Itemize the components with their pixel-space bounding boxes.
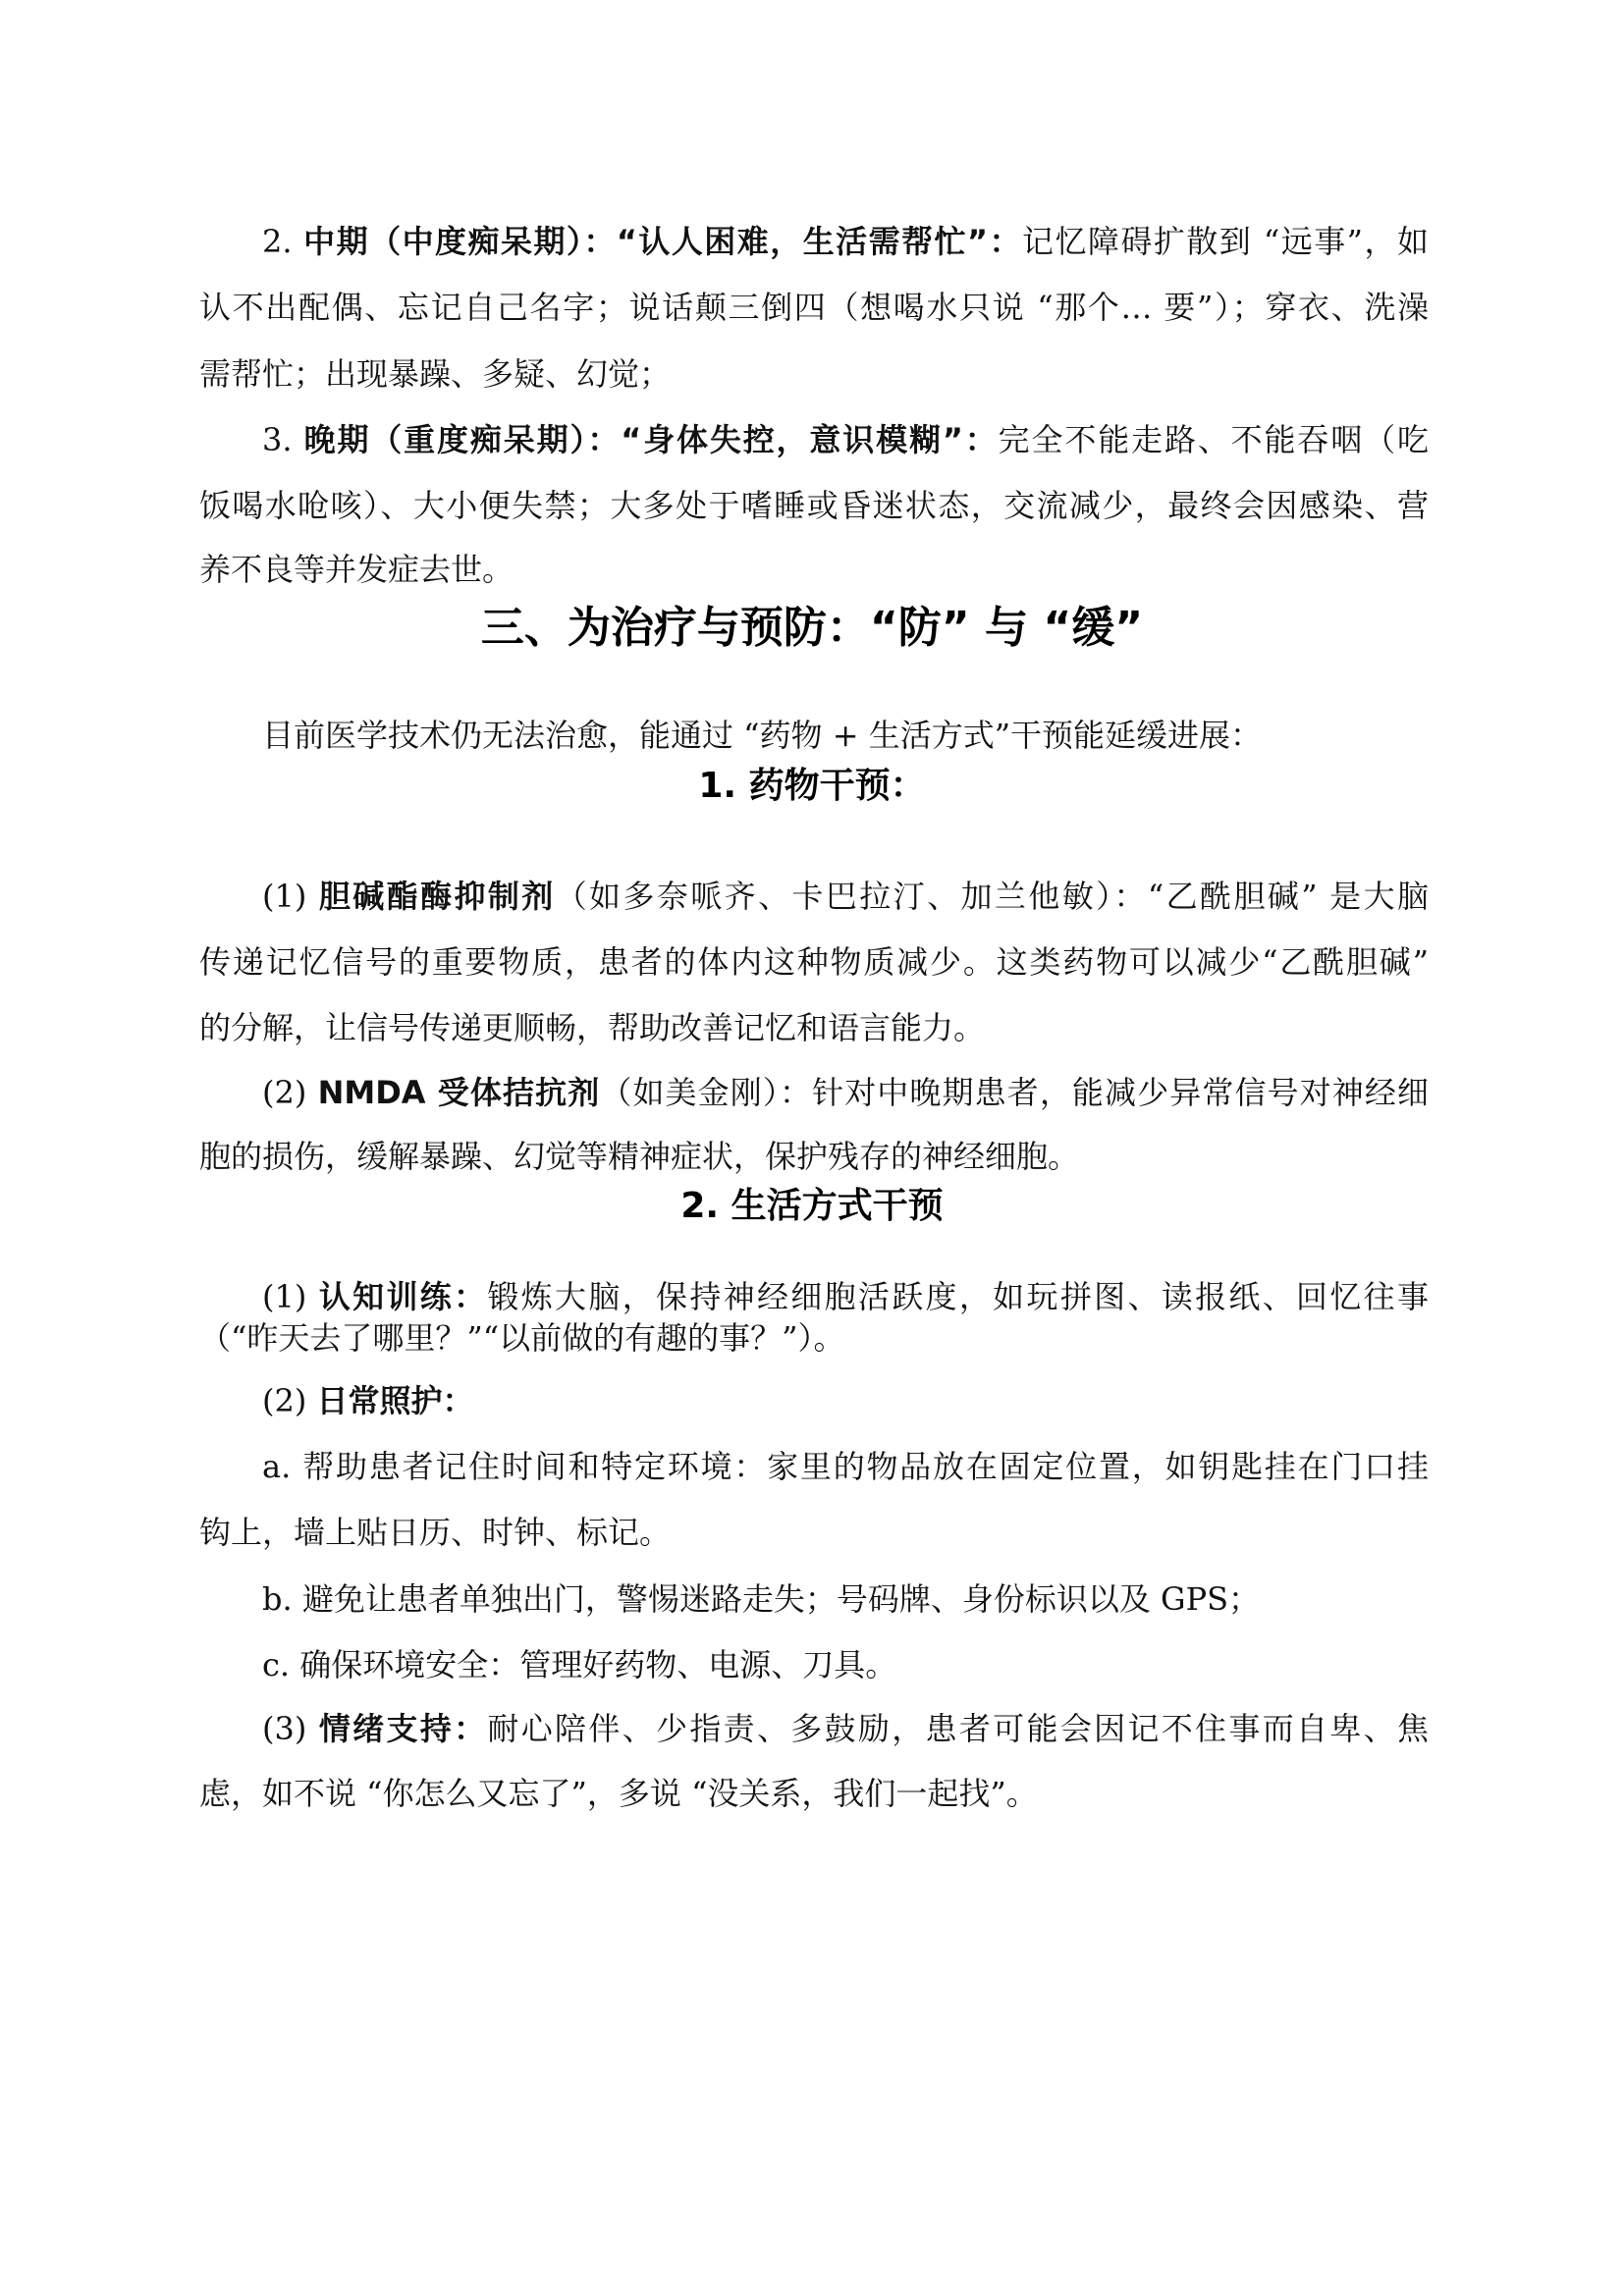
lifestyle-intervention-heading: 2. 生活方式干预 (0, 1184, 1624, 1229)
lifestyle-item1-line2: （“昨天去了哪里？”“以前做的有趣的事？”）。 (199, 1318, 1429, 1358)
lifestyle-item2-title: 日常照护： (317, 1382, 474, 1419)
stage2-text: 记忆障碍扩散到 “远事”，如 (1022, 223, 1429, 260)
drug-item1-line3: 的分解，让信号传递更顺畅，帮助改善记忆和语言能力。 (199, 1008, 1429, 1047)
lifestyle-item1-line1: (1) 认知训练：锻炼大脑，保持神经细胞活跃度，如玩拼图、读报纸、回忆往事 (262, 1277, 1429, 1316)
stage2-line2: 认不出配偶、忘记自己名字；说话颠三倒四（想喝水只说 “那个… 要”）；穿衣、洗澡 (199, 288, 1429, 327)
stage2-line3: 需帮忙；出现暴躁、多疑、幻觉； (199, 354, 1429, 394)
drug-intervention-heading: 1. 药物干预： (0, 764, 1624, 809)
drug-item2-line2: 胞的损伤，缓解暴躁、幻觉等精神症状，保护残存的神经细胞。 (199, 1137, 1429, 1176)
lifestyle-item3-number: (3) (262, 1710, 319, 1747)
stage3-line1: 3. 晚期（重度痴呆期）：“身体失控，意识模糊”：完全不能走路、不能吞咽（吃 (262, 420, 1429, 459)
drug-item2-title: NMDA 受体拮抗剂 (318, 1074, 601, 1111)
stage2-number: 2. (262, 223, 303, 260)
stage2-title: 中期（中度痴呆期）：“认人困难，生活需帮忙”： (303, 223, 1022, 260)
stage3-line3: 养不良等并发症去世。 (199, 550, 1429, 589)
lifestyle-item2-heading: (2) 日常照护： (262, 1381, 1429, 1420)
lifestyle-item2-number: (2) (262, 1382, 317, 1419)
drug-item1-title: 胆碱酯酶抑制剂 (319, 878, 556, 915)
lifestyle-item3-text: 耐心陪伴、少指责、多鼓励，患者可能会因记不住事而自卑、焦 (487, 1710, 1429, 1747)
drug-item2-number: (2) (262, 1074, 318, 1111)
lifestyle-item1-title: 认知训练： (319, 1278, 488, 1315)
stage3-line2: 饭喝水呛咳）、大小便失禁；大多处于嗜睡或昏迷状态，交流减少，最终会因感染、营 (199, 486, 1429, 525)
lifestyle-item1-text: 锻炼大脑，保持神经细胞活跃度，如玩拼图、读报纸、回忆往事 (487, 1278, 1429, 1315)
document-page: 2. 中期（中度痴呆期）：“认人困难，生活需帮忙”：记忆障碍扩散到 “远事”，如… (0, 0, 1624, 2296)
drug-item1-number: (1) (262, 878, 319, 915)
lifestyle-item3-title: 情绪支持： (319, 1710, 488, 1747)
drug-item2-text: （如美金刚）：针对中晚期患者，能减少异常信号对神经细 (600, 1074, 1429, 1111)
lifestyle-item1-number: (1) (262, 1278, 319, 1315)
drug-item1-line1: (1) 胆碱酯酶抑制剂（如多奈哌齐、卡巴拉汀、加兰他敏）：“乙酰胆碱” 是大脑 (262, 877, 1429, 916)
care-item-a-line2: 钩上，墙上贴日历、时钟、标记。 (199, 1513, 1429, 1552)
stage2-line1: 2. 中期（中度痴呆期）：“认人困难，生活需帮忙”：记忆障碍扩散到 “远事”，如 (262, 222, 1429, 261)
lifestyle-item3-line1: (3) 情绪支持：耐心陪伴、少指责、多鼓励，患者可能会因记不住事而自卑、焦 (262, 1709, 1429, 1748)
stage3-number: 3. (262, 421, 304, 458)
section-heading: 三、为治疗与预防：“防” 与 “缓” (0, 601, 1624, 656)
care-item-c: c. 确保环境安全：管理好药物、电源、刀具。 (262, 1645, 1429, 1684)
drug-item1-text: （如多奈哌齐、卡巴拉汀、加兰他敏）：“乙酰胆碱” 是大脑 (556, 878, 1429, 915)
care-item-a-line1: a. 帮助患者记住时间和特定环境：家里的物品放在固定位置，如钥匙挂在门口挂 (262, 1447, 1429, 1486)
care-item-b: b. 避免让患者单独出门，警惕迷路走失；号码牌、身份标识以及 GPS； (262, 1579, 1429, 1619)
drug-item1-line2: 传递记忆信号的重要物质，患者的体内这种物质减少。这类药物可以减少“乙酰胆碱” (199, 942, 1429, 982)
lifestyle-item3-line2: 虑，如不说 “你怎么又忘了”，多说 “没关系，我们一起找”。 (199, 1774, 1429, 1813)
section-intro: 目前医学技术仍无法治愈，能通过 “药物 + 生活方式”干预能延缓进展： (262, 716, 1429, 755)
drug-item2-line1: (2) NMDA 受体拮抗剂（如美金刚）：针对中晚期患者，能减少异常信号对神经细 (262, 1073, 1429, 1112)
stage3-title: 晚期（重度痴呆期）：“身体失控，意识模糊”： (304, 421, 999, 458)
stage3-text: 完全不能走路、不能吞咽（吃 (999, 421, 1429, 458)
